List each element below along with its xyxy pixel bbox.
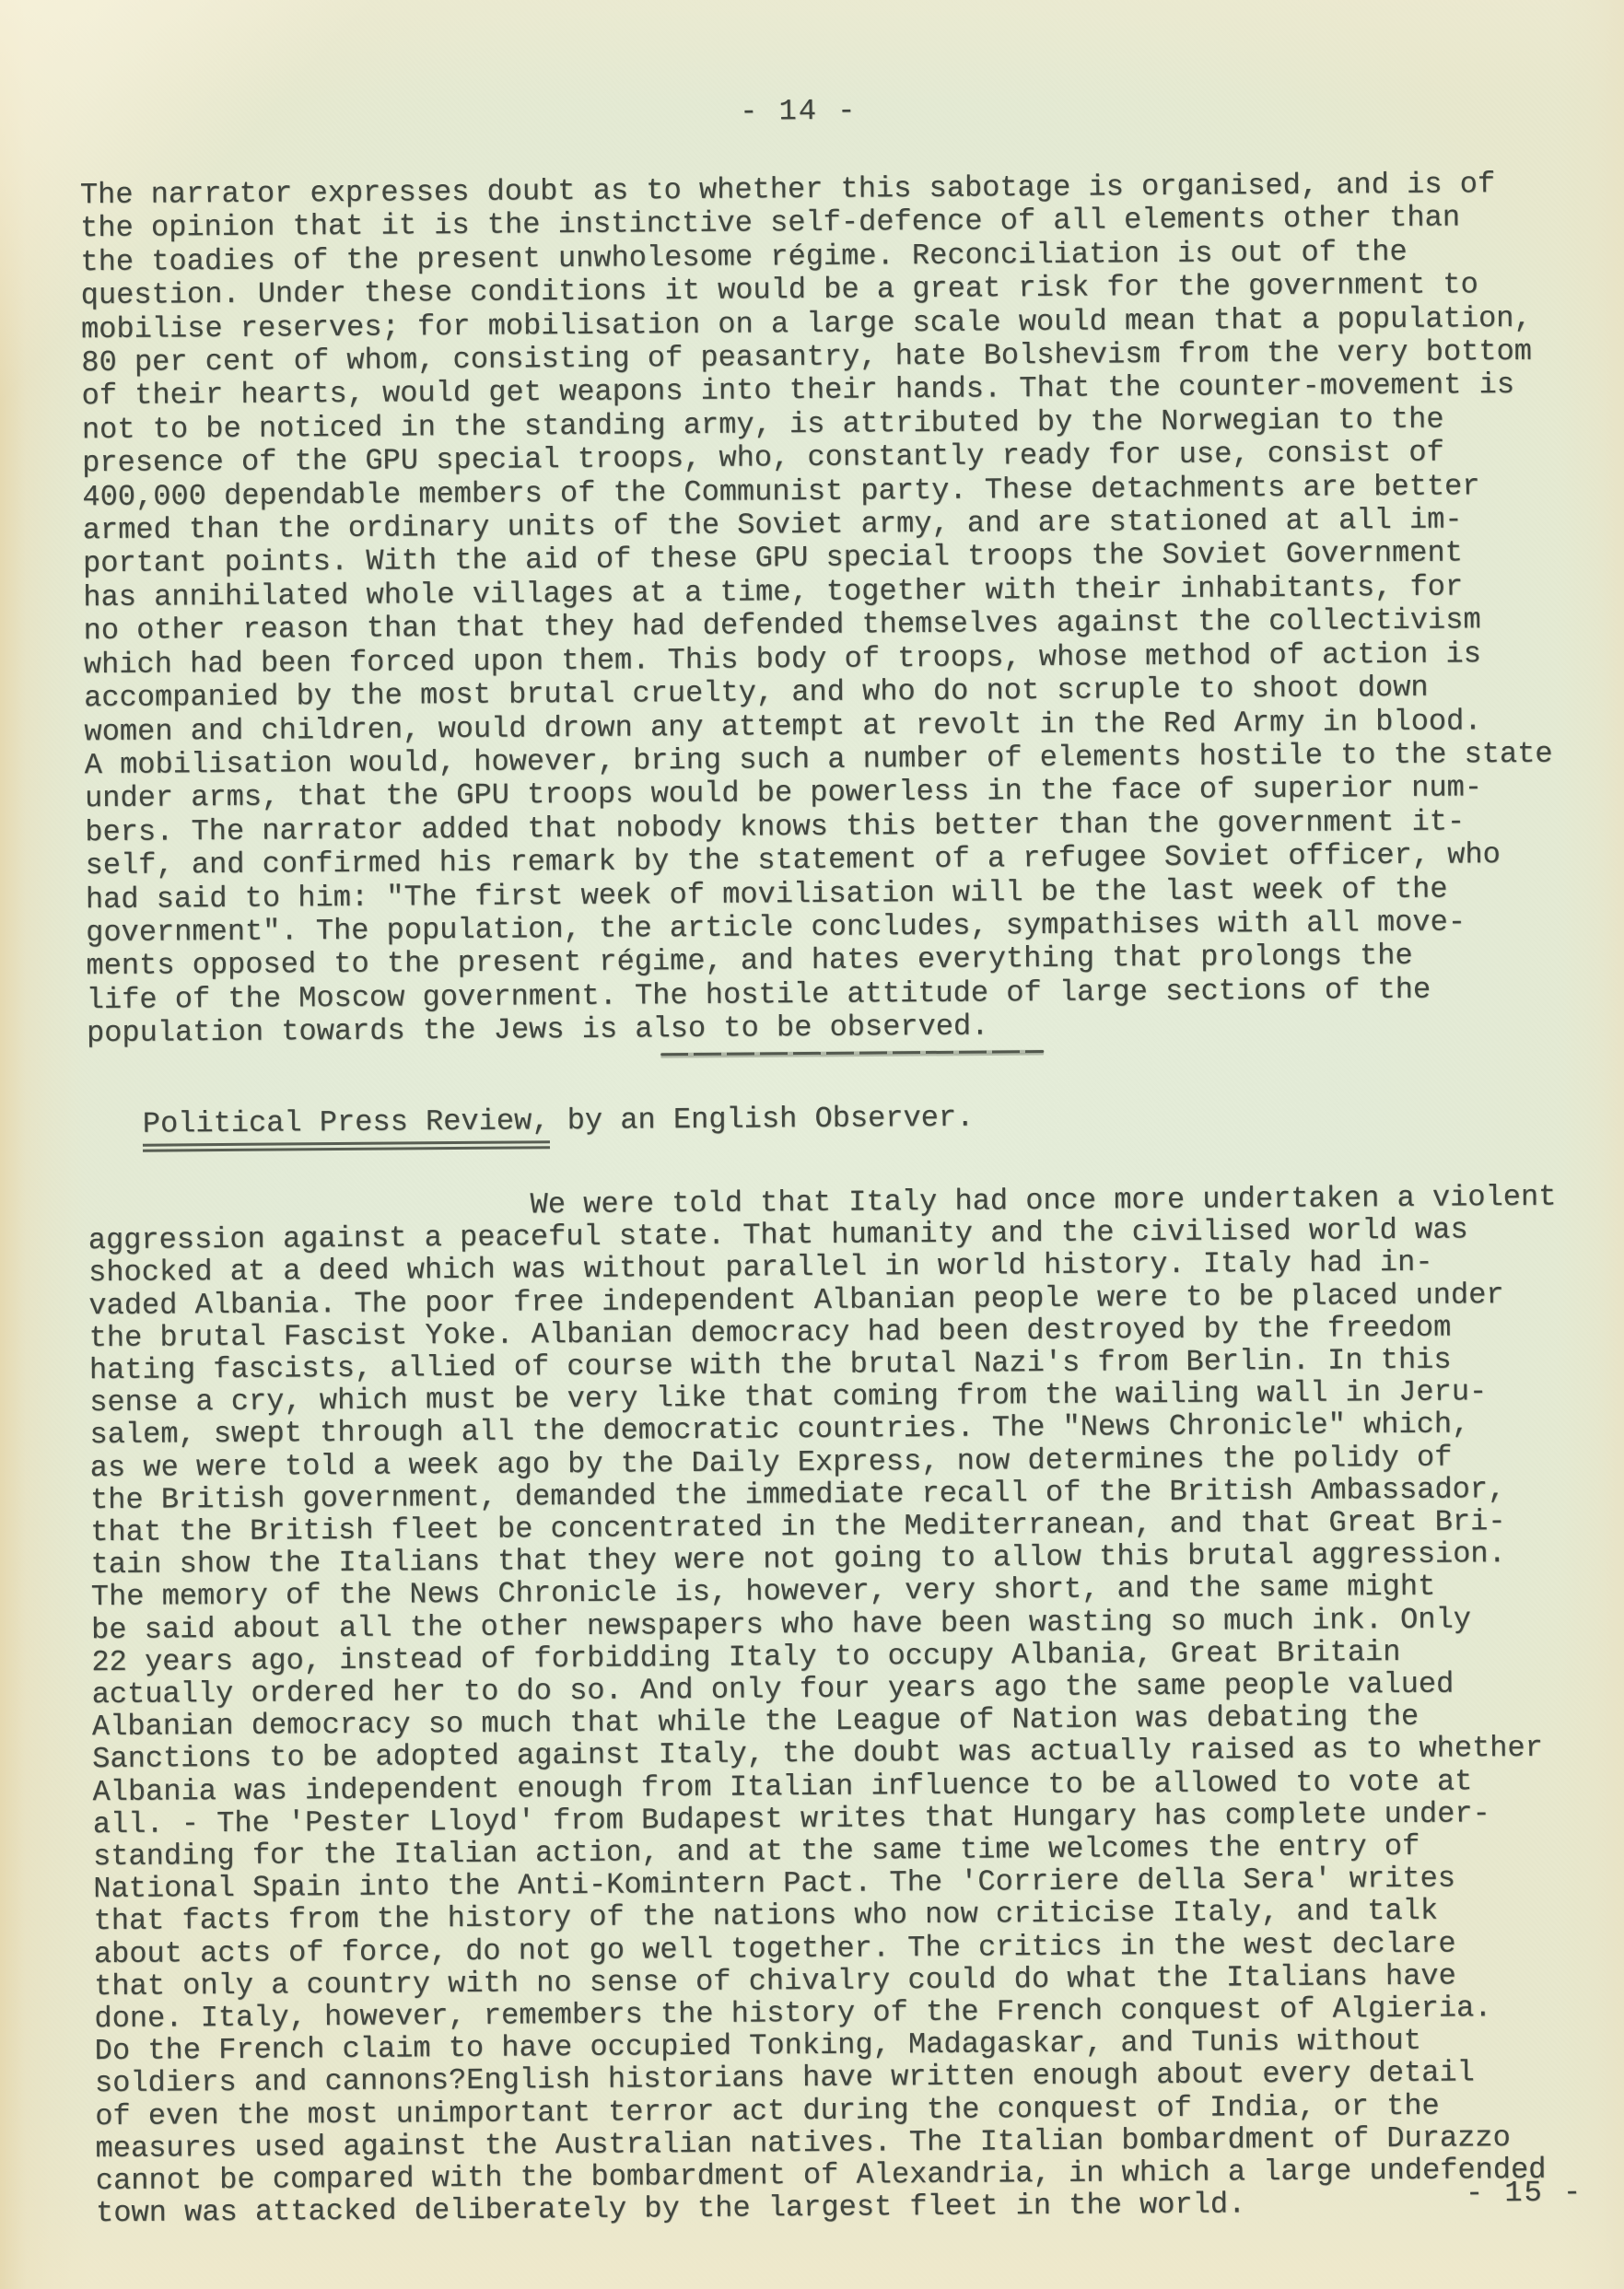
page-number-footer: - 15 - [1466,2175,1583,2210]
section-heading-byline: by an English Observer. [549,1101,974,1139]
section-heading: Political Press Review, by an English Ob… [143,1101,975,1152]
section-heading-title: Political Press Review, [143,1104,550,1151]
paragraph-soviet-report: The narrator expresses doubt as to wheth… [80,167,1616,1051]
scanned-typewritten-page: - 14 - The narrator expresses doubt as t… [0,0,1624,2289]
section-divider-line [660,1050,1044,1056]
page-number-header: - 14 - [740,94,858,129]
page-content: - 14 - The narrator expresses doubt as t… [0,0,1624,2289]
paragraph-press-review: We were told that Italy had once more un… [88,1180,1624,2230]
